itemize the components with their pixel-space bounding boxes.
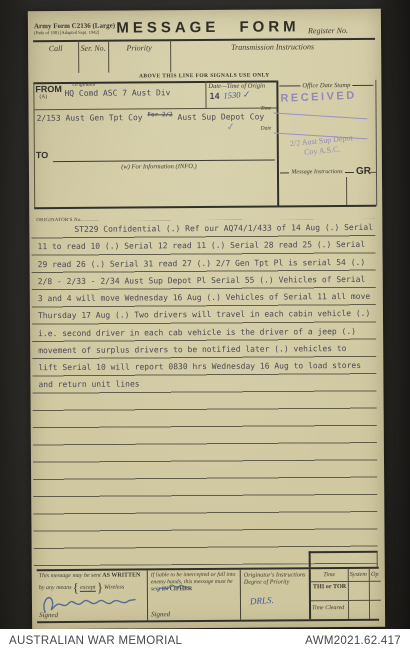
archive-name: AUSTRALIAN WAR MEMORIAL <box>9 635 182 647</box>
dash-line <box>280 172 289 173</box>
message-body: ST229 Confidential (.) Ref our AQ74/1/43… <box>37 219 376 394</box>
for-information-label: (w) For Information (INFO.) <box>59 163 259 171</box>
signed-label-1: Signed <box>39 611 58 619</box>
message-line: 29 read 26 (.) Serial 31 read 27 (.) 2/7… <box>38 253 376 273</box>
cipher-cell: If liable to be intercepted or fall into… <box>147 570 240 621</box>
time-fill-label: Time <box>261 106 272 112</box>
form-number: Army Form C2136 (Large) <box>34 22 115 31</box>
degree-of-priority-label: Degree of Priority <box>244 578 306 585</box>
signals-divider-1 <box>78 41 79 73</box>
signals-only-note: ABOVE THIS LINE FOR SIGNALS USE ONLY <box>28 72 380 80</box>
message-instructions-label: Message Instructions <box>291 169 342 175</box>
form-number-sub: (Pads of 100) [Adapted Sept. 1942] <box>34 30 99 35</box>
gr-dash <box>369 172 376 173</box>
as-written-bold: AS WRITTEN <box>102 572 140 578</box>
from-value-typed: HQ Comd ASC 7 Aust Div <box>64 88 170 98</box>
call-label: Call <box>33 44 78 53</box>
photo-frame: Army Form C2136 (Large) (Pads of 100) [A… <box>0 0 410 653</box>
signed-label-2: Signed <box>151 610 170 618</box>
unit-received-stamp: 2/2 Aust Sup Depot Coy A.S.C. <box>266 131 377 160</box>
checkmark-icon: ✓ <box>242 89 251 101</box>
to-fill-line <box>53 160 275 163</box>
photo-background: Army Form C2136 (Large) (Pads of 100) [A… <box>0 0 410 629</box>
message-line: lift Serial 10 will report 0830 hrs Wedn… <box>38 357 376 377</box>
as-written-cell: This message may be sent AS WRITTEN by a… <box>37 570 147 621</box>
item-id: AWM2021.62.417 <box>305 635 401 647</box>
header-rule <box>33 38 375 42</box>
caption-bar: AUSTRALIAN WAR MEMORIAL AWM2021.62.417 <box>0 629 410 653</box>
office-date-stamp-label: Office Date Stamp <box>302 82 350 89</box>
originator-label: Originator <box>72 82 96 88</box>
date-typed: 14 <box>209 92 219 102</box>
gr-divider <box>346 177 347 205</box>
from-sub-label: (A) <box>39 94 47 100</box>
time-table-row-divider-2 <box>311 600 381 601</box>
signals-divider-2 <box>108 41 109 73</box>
address-box-left-border <box>33 82 35 208</box>
received-stamp: RECEIVED <box>280 90 357 105</box>
as-written-text-1: This message may be sent <box>39 573 101 579</box>
dash-line <box>345 171 354 172</box>
thi-tor-label: THI or TOR <box>313 583 346 590</box>
transmission-instructions-label: Transmission Instructions <box>170 42 375 52</box>
datetime-divider <box>205 81 206 108</box>
message-line: and return unit lines <box>38 374 376 394</box>
message-instructions-header: Message Instructions <box>280 169 354 176</box>
time-header: Time <box>311 571 348 578</box>
address-struck-text: For 2/2 <box>147 111 172 118</box>
form-title: MESSAGE FORM <box>116 18 300 36</box>
footer-strip: This message may be sent AS WRITTEN by a… <box>37 567 379 623</box>
priority-label: Priority <box>108 43 170 52</box>
to-label: TO <box>36 150 48 160</box>
office-date-stamp-header: Office Date Stamp <box>279 82 373 90</box>
dash-line <box>279 85 300 86</box>
time-fill-line <box>274 113 368 120</box>
op-header: Op <box>369 571 381 578</box>
priority-handwritten: DRLS. <box>250 595 274 606</box>
time-cleared-label: Time Cleared <box>312 605 344 611</box>
ser-no-label: Ser. No. <box>78 44 108 53</box>
address-main: 2/153 Aust Gen Tpt Coy <box>37 113 143 123</box>
signals-divider-3 <box>170 40 171 72</box>
address-tail: Aust Sup Depot Coy <box>177 112 264 122</box>
time-table-upper-box <box>309 551 378 567</box>
message-line: 11 to read 10 (.) Serial 12 read 11 (.) … <box>37 236 375 256</box>
register-no-label: Register No. <box>308 26 348 35</box>
initials-ink <box>156 581 192 595</box>
address-box-bottom-border <box>34 205 376 209</box>
message-line: i.e. second driver in each cab vehicle i… <box>38 322 376 342</box>
system-header: System <box>348 571 369 578</box>
priority-cell: Originator's Instructions Degree of Prio… <box>240 569 309 619</box>
checkmark-icon: ✓ <box>226 121 236 133</box>
message-form-document: Army Form C2136 (Large) (Pads of 100) [A… <box>28 9 385 629</box>
time-handwritten: 1530 ✓ <box>223 89 250 102</box>
message-line: Thursday 17 Aug (.) Two drivers will tra… <box>38 305 376 325</box>
dash-line <box>352 85 373 86</box>
from-label: FROM <box>35 84 62 94</box>
time-table-cell: Time System Op THI or TOR Time Cleared <box>309 569 379 619</box>
date-fill-label: Date <box>261 126 272 132</box>
